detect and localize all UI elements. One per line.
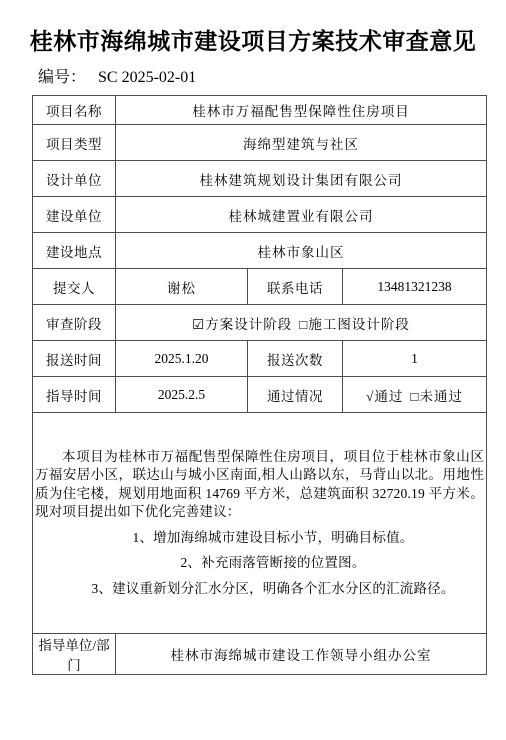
field-label-design-unit: 设计单位 [33, 161, 116, 197]
field-value-pass-status: √通过□未通过 [343, 377, 487, 413]
row-submit-date-count: 报送时间 2025.1.20 报送次数 1 [33, 341, 487, 377]
document-page: 桂林市海绵城市建设项目方案技术审查意见 编号：SC 2025-02-01 项目名… [0, 0, 506, 740]
opinion-paragraph: 本项目为桂林市万福配售型保障性住房项目，项目位于桂林市象山区万福安居小区，联达山… [35, 448, 484, 522]
review-opinion-cell: 本项目为桂林市万福配售型保障性住房项目，项目位于桂林市象山区万福安居小区，联达山… [33, 413, 487, 634]
doc-number-value: SC 2025-02-01 [98, 69, 196, 86]
opinion-item-2: 2、补充雨落管断接的位置图。 [35, 554, 484, 572]
field-label-submit-date: 报送时间 [33, 341, 116, 377]
field-value-submit-date: 2025.1.20 [116, 341, 248, 377]
field-label-project-type: 项目类型 [33, 125, 116, 161]
field-label-project-name: 项目名称 [33, 96, 116, 125]
field-label-guide-date: 指导时间 [33, 377, 116, 413]
field-value-submit-count: 1 [343, 341, 487, 377]
field-label-construction-unit: 建设单位 [33, 197, 116, 233]
review-form-table: 项目名称 桂林市万福配售型保障性住房项目 项目类型 海绵型建筑与社区 设计单位 … [32, 95, 487, 675]
row-guidance-unit: 指导单位/部门 桂林市海绵城市建设工作领导小组办公室 [33, 634, 487, 675]
opinion-item-3: 3、建议重新划分汇水分区，明确各个汇水分区的汇流路径。 [35, 580, 484, 598]
review-stage-option-construction-drawing: 施工图设计阶段 [308, 317, 410, 332]
field-value-design-unit: 桂林建筑规划设计集团有限公司 [116, 161, 487, 197]
checkbox-checked-icon: ☑ [192, 317, 205, 332]
field-label-guidance-unit: 指导单位/部门 [33, 634, 116, 675]
checkbox-unchecked-icon: □ [410, 389, 419, 404]
field-label-submit-count: 报送次数 [248, 341, 343, 377]
row-project-name: 项目名称 桂林市万福配售型保障性住房项目 [33, 96, 487, 125]
field-label-submitter: 提交人 [33, 269, 116, 305]
doc-number-line: 编号：SC 2025-02-01 [38, 68, 506, 88]
page-title: 桂林市海绵城市建设项目方案技术审查意见 [0, 27, 506, 57]
field-value-guidance-unit: 桂林市海绵城市建设工作领导小组办公室 [116, 634, 487, 675]
row-design-unit: 设计单位 桂林建筑规划设计集团有限公司 [33, 161, 487, 197]
field-value-phone: 13481321238 [343, 269, 487, 305]
opinion-item-1: 1、增加海绵城市建设目标小节，明确目标值。 [35, 529, 484, 547]
fail-option-label: 未通过 [420, 389, 464, 404]
row-guide-date-pass: 指导时间 2025.2.5 通过情况 √通过□未通过 [33, 377, 487, 413]
row-location: 建设地点 桂林市象山区 [33, 233, 487, 269]
row-submitter-phone: 提交人 谢松 联系电话 13481321238 [33, 269, 487, 305]
field-value-review-stage: ☑方案设计阶段□施工图设计阶段 [116, 305, 487, 341]
row-review-opinion: 本项目为桂林市万福配售型保障性住房项目，项目位于桂林市象山区万福安居小区，联达山… [33, 413, 487, 634]
doc-number-label: 编号： [38, 69, 86, 86]
row-project-type: 项目类型 海绵型建筑与社区 [33, 125, 487, 161]
row-construction-unit: 建设单位 桂林城建置业有限公司 [33, 197, 487, 233]
pass-option-label: 通过 [374, 389, 403, 404]
field-label-review-stage: 审查阶段 [33, 305, 116, 341]
field-label-phone: 联系电话 [248, 269, 343, 305]
row-review-stage: 审查阶段 ☑方案设计阶段□施工图设计阶段 [33, 305, 487, 341]
field-value-guide-date: 2025.2.5 [116, 377, 248, 413]
review-stage-option-scheme-design: 方案设计阶段 [205, 317, 292, 332]
field-value-location: 桂林市象山区 [116, 233, 487, 269]
field-value-submitter: 谢松 [116, 269, 248, 305]
field-label-location: 建设地点 [33, 233, 116, 269]
field-value-project-type: 海绵型建筑与社区 [116, 125, 487, 161]
field-value-construction-unit: 桂林城建置业有限公司 [116, 197, 487, 233]
field-value-project-name: 桂林市万福配售型保障性住房项目 [116, 96, 487, 125]
field-label-pass-status: 通过情况 [248, 377, 343, 413]
